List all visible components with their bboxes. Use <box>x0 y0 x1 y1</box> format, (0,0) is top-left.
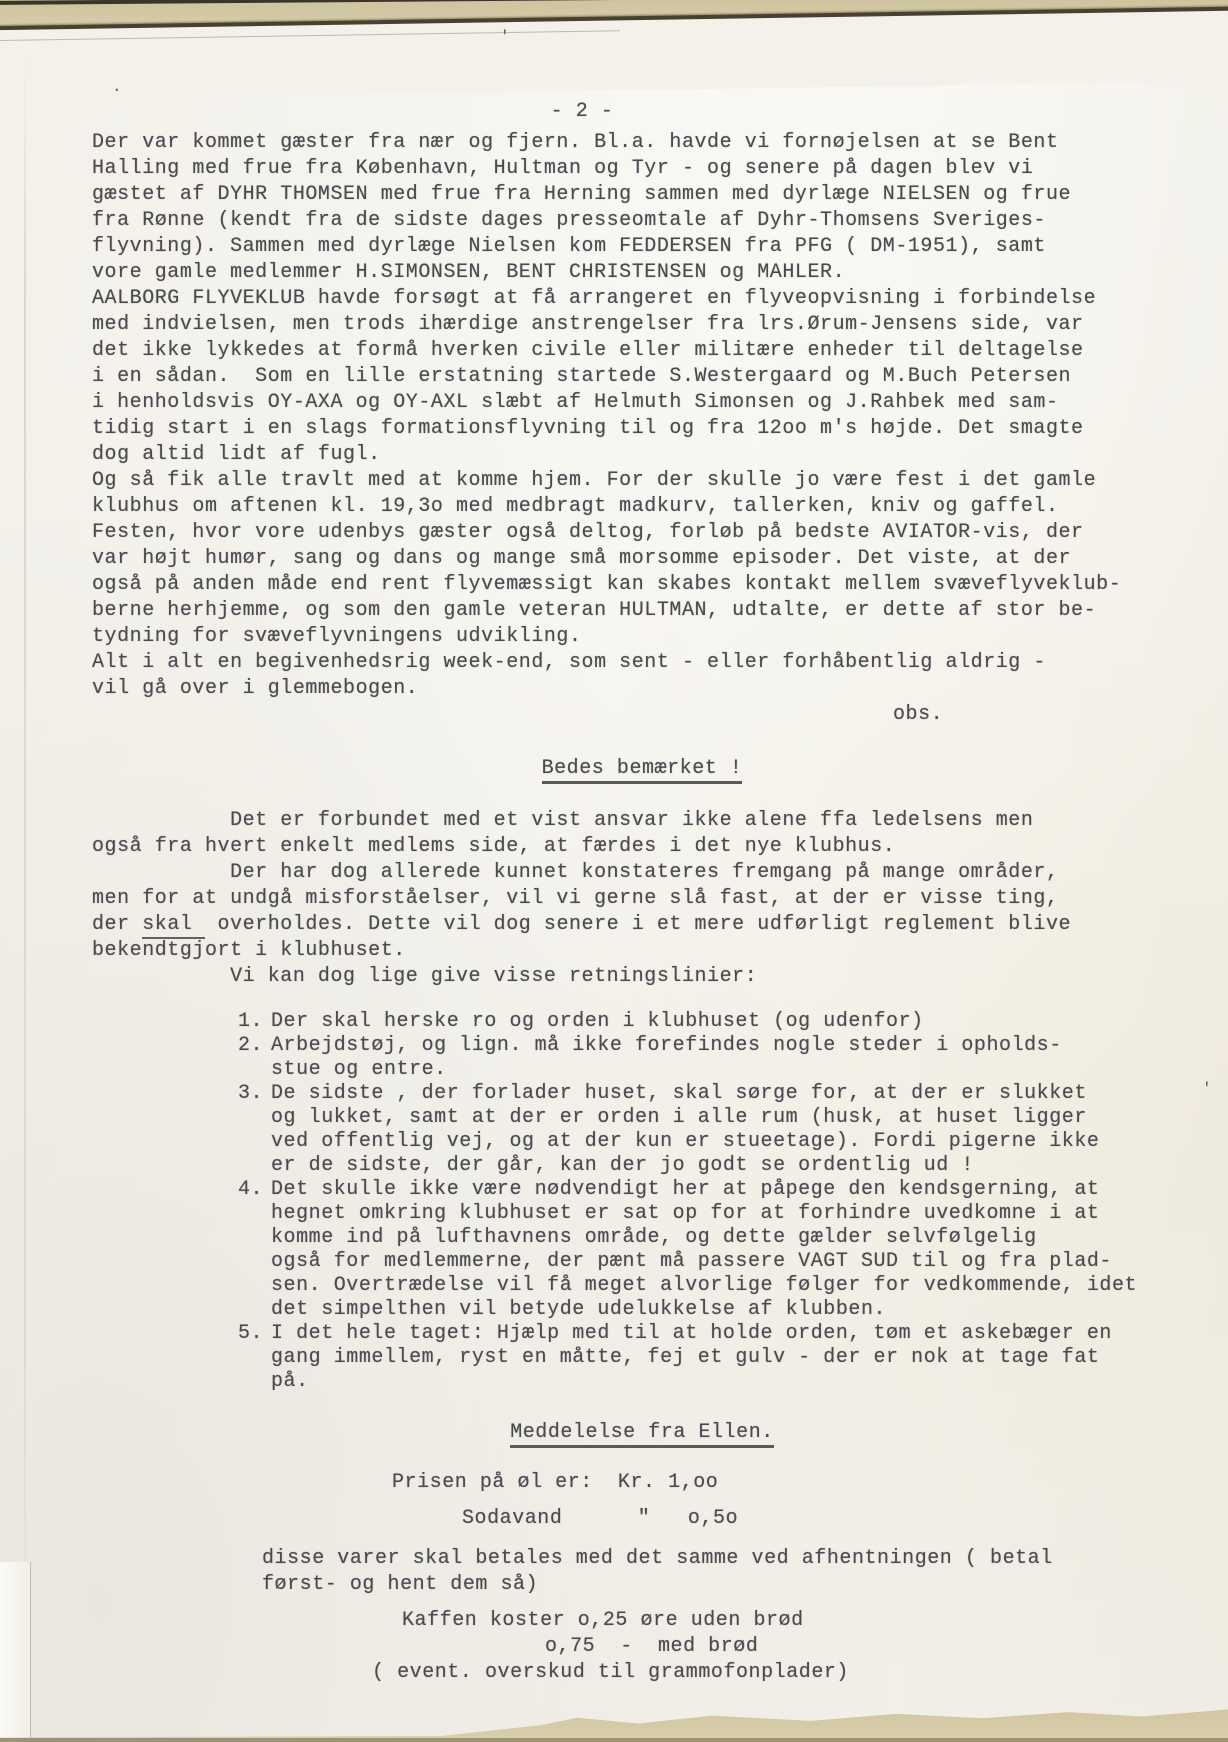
prices-section: Meddelelse fra Ellen. Prisen på øl er: K… <box>92 1420 1192 1686</box>
rule-item-1: 1.Der skal herske ro og orden i klubhuse… <box>238 1010 1192 1034</box>
payment-instruction: disse varer skal betales med det samme v… <box>262 1546 1192 1598</box>
rule-number: 1. <box>238 1010 271 1034</box>
rule-number: 5. <box>238 1322 271 1394</box>
report-signature: obs. <box>893 702 1192 728</box>
rule-text: Det skulle ikke være nødvendigt her at p… <box>271 1178 1192 1322</box>
paper-corner-fold <box>0 1562 31 1742</box>
notice-intro-paragraph: Det er forbundet med et vist ansvar ikke… <box>92 808 1192 990</box>
notice-emphasis-skal: skal <box>142 913 205 939</box>
rule-item-3: 3.De sidste , der forlader huset, skal s… <box>238 1082 1192 1178</box>
scan-speck: ' <box>500 28 510 46</box>
notice-intro-part2: overholdes. Dette vil dog senere i et me… <box>92 913 1071 988</box>
notice-section: Bedes bemærket ! Det er forbundet med et… <box>92 756 1192 1394</box>
rule-text: I det hele taget: Hjælp med til at holde… <box>271 1322 1192 1394</box>
scan-speck: . <box>112 78 122 96</box>
rule-number: 2. <box>238 1034 271 1082</box>
rule-item-5: 5.I det hele taget: Hjælp med til at hol… <box>238 1322 1192 1394</box>
notice-heading: Bedes bemærket ! <box>92 756 1192 782</box>
price-line-coffee-with-bread: o,75 - med brød <box>545 1634 1192 1660</box>
report-paragraph-airshow: AALBORG FLYVEKLUB havde forsøgt at få ar… <box>92 286 1192 468</box>
surplus-note: ( event. overskud til grammofonplader) <box>372 1660 1192 1686</box>
report-paragraph-party: Og så fik alle travlt med at komme hjem.… <box>92 468 1192 650</box>
report-paragraph-guests: Der var kommet gæster fra nær og fjern. … <box>92 130 1192 286</box>
price-line-soda: Sodavand " o,5o <box>462 1506 1192 1532</box>
notice-heading-text: Bedes bemærket ! <box>542 757 743 784</box>
report-paragraph-closing: Alt i alt en begivenhedsrig week-end, so… <box>92 650 1192 702</box>
rule-text: Arbejdstøj, og lign. må ikke forefindes … <box>271 1034 1192 1082</box>
rules-list: 1.Der skal herske ro og orden i klubhuse… <box>92 1010 1192 1394</box>
price-line-beer: Prisen på øl er: Kr. 1,oo <box>392 1470 1192 1496</box>
paper-fold-line <box>24 60 26 1698</box>
bottom-edge-shadow <box>0 1738 1228 1742</box>
page-number: - 2 - <box>0 99 1196 125</box>
torn-bottom-edge <box>0 1698 1228 1742</box>
price-line-coffee: Kaffen koster o,25 øre uden brød <box>402 1608 1192 1634</box>
rule-item-2: 2.Arbejdstøj, og lign. må ikke forefinde… <box>238 1034 1192 1082</box>
scan-speck: ' <box>1202 1080 1212 1098</box>
scanned-document-page: ' . ' - 2 - Der var kommet gæster fra næ… <box>0 0 1228 1742</box>
rule-item-4: 4.Det skulle ikke være nødvendigt her at… <box>238 1178 1192 1322</box>
report-section: Der var kommet gæster fra nær og fjern. … <box>92 130 1192 728</box>
rule-text: Der skal herske ro og orden i klubhuset … <box>271 1010 1192 1034</box>
prices-heading-text: Meddelelse fra Ellen. <box>510 1421 774 1448</box>
rule-number: 4. <box>238 1178 271 1322</box>
rule-number: 3. <box>238 1082 271 1178</box>
rule-text: De sidste , der forlader huset, skal sør… <box>271 1082 1192 1178</box>
prices-heading: Meddelelse fra Ellen. <box>92 1420 1192 1446</box>
